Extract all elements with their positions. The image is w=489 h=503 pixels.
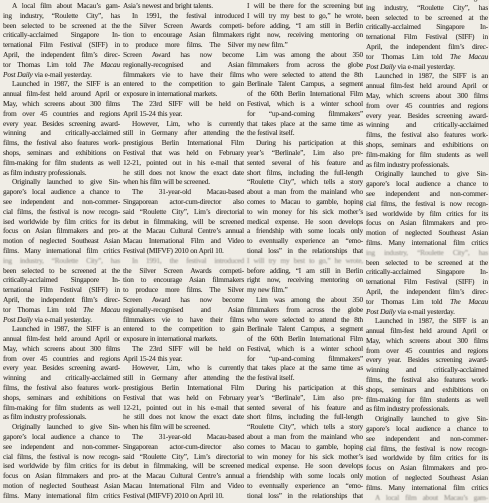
text-line: ternational Film Festival (SIFF) in [3,40,120,50]
text-line: he still does not know the exact date [123,168,244,178]
text-line: shops, seminars and exhibitions on [3,393,120,403]
text-line: critically-acclaimed Singapore In- [3,30,120,40]
text-line: I will try my best to go,” he wrote, [247,11,363,21]
text-line: the festival itself. [247,373,363,383]
text-line: medical expense. He soon develops [247,461,363,471]
text-line: films. Many international film critics [366,483,488,493]
text-line: Originally launched to give Sin- [3,177,120,187]
text-line: The 31-year-old Macau-based [123,432,244,442]
text-line: film-making for film students as well [366,395,488,405]
text-line: said “Roulette City”, Lim’s directorial [123,207,244,217]
text-line: regionally-recognised and Asian [123,305,244,315]
text-line: Festival (MIFVF) 2010 on April 10. [123,491,244,501]
text-line: see independent and non-commer- [3,197,120,207]
text-line: ing industry, “Roulette City”, has [366,248,488,258]
text-line: “Roulette City”, which tells a story [247,422,363,432]
article-column-3: I will be there for the screening butI w… [247,1,363,501]
text-line: comes to Macau to gamble, hoping [247,442,363,452]
text-line: films, the festival also features work- [3,383,120,393]
text-line: film-making for film students as well [366,150,488,160]
text-line: still in Germany after attending the [123,128,244,138]
text-line: Lim was among the about 350 [247,50,363,60]
text-line: Screen Award has now become [123,50,244,60]
text-line: still in Germany after attending the [123,373,244,383]
text-line: medical expense. He soon develops [247,217,363,227]
text-line: every year. Besides screening award- [3,363,120,373]
text-line: Lim was among the about 350 [247,295,363,305]
text-line: every year. Besides screening award- [366,355,488,365]
text-line: Macau International Film and Video [123,481,244,491]
article-column-1: A local film about Macau’s gam-ing indus… [3,1,120,501]
text-line: The 23rd SIFF will be held on [123,99,244,109]
text-line: before adding, “I am still in Berlin [247,21,363,31]
text-line: tor Thomas Lim told The Macau [3,305,120,315]
text-line: the Silver Screen Awards competi- [123,21,244,31]
text-line: During his participation at this [247,138,363,148]
text-line: as film industry professionals. [3,412,120,422]
text-line: ternational Film Festival (SIFF) in [3,285,120,295]
text-line: A local film about Macau’s gam- [3,1,120,11]
text-line: as film industry professionals. [3,168,120,178]
text-line: focus on Asian filmmakers and pro- [366,463,488,473]
text-line: Singaporean actor-cum-director also [123,197,244,207]
text-line: May, which screens about 300 films [3,344,120,354]
text-line: “Roulette City”, which tells a story [247,177,363,187]
text-line: April, the independent film’s direc- [366,287,488,297]
text-line: annual film-fest held around April or [366,81,488,91]
text-line: cial films, the festival is now recogn- [366,444,488,454]
text-line: Originally launched to give Sin- [366,414,488,424]
text-line: ing industry, “Roulette City”, has [366,3,488,13]
text-line: critically-acclaimed Singapore In- [366,267,488,277]
text-line: focus on Asian filmmakers and pro- [3,471,120,481]
text-line: Launched in 1987, the SIFF is an [366,71,488,81]
text-line: Festival, which is a winter school [247,99,363,109]
text-line: critically-acclaimed Singapore In- [366,22,488,32]
text-line: gapore’s local audience a chance to [366,179,488,189]
text-line: filmmakers from across the globe [247,305,363,315]
text-line: the Silver Screen Awards competi- [123,266,244,276]
text-line: from over 45 countries and regions [3,109,120,119]
text-line: ternational Film Festival (SIFF) in [366,277,488,287]
text-line: cial films, the festival is now recogn- [3,452,120,462]
text-line: about a man from the mainland who [247,187,363,197]
text-line: film-making for film students as well [3,158,120,168]
text-line: Launched in 1987, the SIFF is an [366,316,488,326]
text-line: short films, including the full-length [247,168,363,178]
text-line: sented several of his feature and [247,403,363,413]
text-line: tor Thomas Lim told The Macau [366,297,488,307]
text-line: exposure in international markets. [123,334,244,344]
text-line: see independent and non-commer- [366,189,488,199]
text-line: Originally launched to give Sin- [366,169,488,179]
text-line: tional loss” in the relationships that [247,246,363,256]
text-line: about a man from the mainland who [247,432,363,442]
text-line: my new film.” [247,40,363,50]
text-line: exposure in international markets. [123,89,244,99]
text-line: Post Daily via e-mail yesterday. [366,62,488,72]
text-line: films, the festival also features work- [366,130,488,140]
text-line: motion of neglected Southeast Asian [366,473,488,483]
text-line: who were selected to attend the 8th [247,315,363,325]
text-line: During his participation at this [247,383,363,393]
text-line: ised worldwide by film critics for its [366,209,488,219]
text-line: who were selected to attend the 8th [247,70,363,80]
text-line: when his film will be screened. [123,422,244,432]
text-line: regionally-recognised and Asian [123,60,244,70]
text-line: films, the festival also features work- [3,138,120,148]
text-line: for “up-and-coming filmmakers” [247,354,363,364]
text-line: before adding, “I am still in Berlin [247,266,363,276]
text-line: from over 45 countries and regions [3,354,120,364]
text-line: motion of neglected Southeast Asian [3,236,120,246]
text-line: my new film.” [247,285,363,295]
text-line: film-making for film students as well [3,403,120,413]
text-line: May, which screens about 300 films [366,91,488,101]
text-line: debut in filmmaking, will be screened [123,461,244,471]
text-line: focus on Asian filmmakers and pro- [3,226,120,236]
text-line: been selected to be screened at the [366,258,488,268]
text-line: gapore’s local audience a chance to [3,187,120,197]
text-line: critically-acclaimed Singapore In- [3,275,120,285]
text-line: However, Lim, who is currently [123,119,244,129]
text-line: annual film-fest held around April or [3,334,120,344]
text-line: Launched in 1987, the SIFF is an [3,79,120,89]
text-line: been selected to be screened at the [366,13,488,23]
text-line: motion of neglected Southeast Asian [3,481,120,491]
text-line: been selected to be screened at the [3,266,120,276]
text-line: annual film-fest held around April or [3,89,120,99]
text-line: annual film-fest held around April or [366,326,488,336]
text-line: shops, seminars and exhibitions on [366,385,488,395]
text-line: short films, including the full-length [247,412,363,422]
text-line: prestigious Berlin International Film [123,138,244,148]
text-line: been selected to be screened at the [3,21,120,31]
text-line: filmmakers vie to have their films [123,315,244,325]
text-line: motion of neglected Southeast Asian [366,228,488,238]
text-line: winning and critically-acclaimed [366,365,488,375]
text-line: that takes place at the same time as [247,363,363,373]
text-line: year’s “Berlinale”, Lim also pre- [247,148,363,158]
article-column-2: Asia’s newest and bright talents.In 1991… [123,1,244,501]
text-line: that takes place at the same time as [247,119,363,129]
text-line: focus on Asian filmmakers and pro- [366,218,488,228]
text-line: cial films, the festival is now recogn- [366,199,488,209]
text-line: winning and critically-acclaimed [3,128,120,138]
text-line: The 31-year-old Macau-based [123,187,244,197]
text-line: Screen Award has now become [123,295,244,305]
text-line: cial films, the festival is now recogn- [3,207,120,217]
text-line: tor Thomas Lim told The Macau [366,52,488,62]
text-line: tion to encourage Asian filmmakers [123,275,244,285]
text-line: shops, seminars and exhibitions on [3,148,120,158]
text-line: Asia’s newest and bright talents. [123,1,244,11]
text-line: Launched in 1987, the SIFF is an [3,324,120,334]
text-line: year’s “Berlinale”, Lim also pre- [247,393,363,403]
text-line: entered to the competition to gain [123,79,244,89]
text-line: right now, receiving mentoring on [247,30,363,40]
text-line: he still does not know the exact date [123,412,244,422]
text-line: films. Many international film critics [3,246,120,256]
text-line: April, the independent film’s direc- [366,42,488,52]
text-line: at the Macau Cultural Centre’s annual [123,471,244,481]
text-line: see independent and non-commer- [366,434,488,444]
text-line: Festival that was held on February [123,393,244,403]
text-line: to eventually experience an “emo- [247,481,363,491]
text-line: 12-21, pointed out in his e-mail that [123,403,244,413]
text-line: ing industry, “Roulette City”, has [3,256,120,266]
text-line: However, Lim, who is currently [123,363,244,373]
text-line: May, which screens about 300 films [366,336,488,346]
text-line: films, the festival also features work- [366,375,488,385]
text-line: Festival (MIFVF) 2010 on April 10. [123,246,244,256]
text-line: sented several of his feature and [247,158,363,168]
text-line: prestigious Berlin International Film [123,383,244,393]
text-line: 12-21, pointed out in his e-mail that [123,158,244,168]
text-line: ing industry, “Roulette City”, has [3,11,120,21]
text-line: every year. Besides screening award- [3,119,120,129]
text-line: Originally launched to give Sin- [3,422,120,432]
text-line: I will be there for the screening but [247,1,363,11]
text-line: Berlinale Talent Campus, a segment [247,324,363,334]
text-line: to produce more films. The Silver [123,285,244,295]
text-line: see independent and non-commer- [3,442,120,452]
text-line: Berlinale Talent Campus, a segment [247,79,363,89]
text-line: to eventually experience an “emo- [247,236,363,246]
text-line: from over 45 countries and regions [366,346,488,356]
text-line: tion to encourage Asian filmmakers [123,30,244,40]
text-line: winning and critically-acclaimed [366,120,488,130]
text-line: filmmakers from across the globe [247,60,363,70]
text-line: April, the independent film’s direc- [3,50,120,60]
text-line: a friendship with some locals only [247,226,363,236]
text-line: for “up-and-coming filmmakers” [247,109,363,119]
text-line: to produce more films. The Silver [123,40,244,50]
text-line: shops, seminars and exhibitions on [366,140,488,150]
text-line: ternational Film Festival (SIFF) in [366,32,488,42]
text-line: May, which screens about 300 films [3,99,120,109]
text-line: April, the independent film’s direc- [3,295,120,305]
text-line: of the 60th Berlin International Film [247,334,363,344]
text-line: Singaporean actor-cum-director also [123,442,244,452]
text-line: entered to the competition to gain [123,324,244,334]
text-line: Festival that was held on February [123,148,244,158]
text-line: gapore’s local audience a chance to [366,424,488,434]
text-line: Macau International Film and Video [123,236,244,246]
text-line: from over 45 countries and regions [366,101,488,111]
text-line: In 1991, the festival introduced [123,256,244,266]
text-line: to win money for his sick mother’s [247,452,363,462]
text-line: ised worldwide by film critics for its [366,453,488,463]
text-line: as film industry professionals. [366,404,488,414]
text-line: every year. Besides screening award- [366,111,488,121]
text-line: winning and critically-acclaimed [3,373,120,383]
text-line: when his film will be screened. [123,177,244,187]
text-line: Post Daily via e-mail yesterday. [366,307,488,317]
text-line: Post Daily via e-mail yesterday. [3,315,120,325]
text-line: In 1991, the festival introduced [123,11,244,21]
text-line: I will try my best to go,” he wrote, [247,256,363,266]
text-line: the festival itself. [247,128,363,138]
text-line: to win money for his sick mother’s [247,207,363,217]
article-column-4: A local film about Macau’s gam-ing indus… [366,0,488,502]
text-line: debut in filmmaking, will be screened [123,217,244,227]
text-line: of the 60th Berlin International Film [247,89,363,99]
text-line: April 15-24 this year. [123,109,244,119]
text-line: a friendship with some locals only [247,471,363,481]
text-line: The 23rd SIFF will be held on [123,344,244,354]
text-line: filmmakers vie to have their films [123,70,244,80]
text-line: films. Many international film critics [3,491,120,501]
text-line: as film industry professionals. [366,160,488,170]
text-line: tional loss” in the relationships that [247,491,363,501]
newspaper-page: A local film about Macau’s gam-ing indus… [0,0,489,503]
text-line: films. Many international film critics [366,238,488,248]
text-line: Festival, which is a winter school [247,344,363,354]
text-line: A local film about Macau’s gam- [366,493,488,503]
text-line: ised worldwide by film critics for its [3,461,120,471]
text-line: comes to Macau to gamble, hoping [247,197,363,207]
text-line: Post Daily via e-mail yesterday. [3,70,120,80]
text-line: at the Macau Cultural Centre’s annual [123,226,244,236]
text-line: said “Roulette City”, Lim’s directorial [123,452,244,462]
text-line: ised worldwide by film critics for its [3,217,120,227]
text-line: tor Thomas Lim told The Macau [3,60,120,70]
text-line: April 15-24 this year. [123,354,244,364]
text-line: right now, receiving mentoring on [247,275,363,285]
text-line: gapore’s local audience a chance to [3,432,120,442]
